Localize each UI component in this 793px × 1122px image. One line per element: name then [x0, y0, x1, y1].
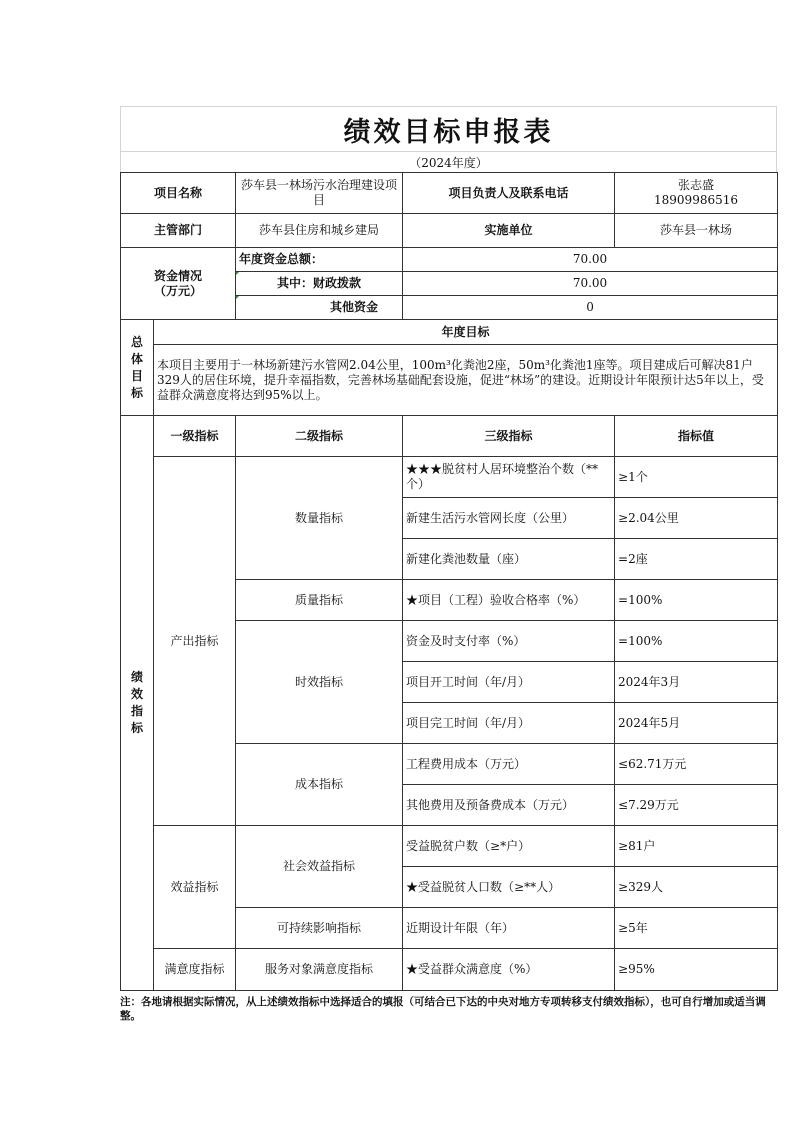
fund-fiscal-label: 其中：财政拨款	[236, 272, 403, 296]
indicator-name: ★受益脱贫人口数（≥**人）	[403, 867, 615, 908]
overall-goal-side-label: 总 体 目 标	[121, 320, 154, 416]
annual-goal-text: 本项目主要用于一林场新建污水管网2.04公里，100m³化粪池2座，50m³化粪…	[154, 345, 778, 416]
impl-label: 实施单位	[403, 214, 615, 248]
level2-sustainability: 可持续影响指标	[236, 908, 403, 949]
funds-label: 资金情况 （万元）	[121, 248, 236, 320]
fund-other-label: 其他资金	[236, 296, 403, 320]
indicator-name: ★项目（工程）验收合格率（%）	[403, 580, 615, 621]
indicator-value: ≤7.29万元	[615, 785, 778, 826]
indicator-name: ★★★脱贫村人居环境整治个数（**个）	[403, 457, 615, 498]
level1-satisfaction: 满意度指标	[154, 949, 236, 991]
indicator-value: 2024年3月	[615, 662, 778, 703]
funds-label-line2: （万元）	[124, 284, 232, 299]
indicator-name: 项目开工时间（年/月）	[403, 662, 615, 703]
indicator-name: 其他费用及预备费成本（万元）	[403, 785, 615, 826]
side-char: 总	[121, 334, 153, 351]
impl-value: 莎车县一林场	[615, 214, 778, 248]
level2-service-satisfaction: 服务对象满意度指标	[236, 949, 403, 991]
indicator-value: =100%	[615, 621, 778, 662]
indicator-value: ≥1个	[615, 457, 778, 498]
header-level1: 一级指标	[154, 416, 236, 457]
fund-total-label: 年度资金总额：	[236, 248, 403, 272]
level2-quality: 质量指标	[236, 580, 403, 621]
indicator-value: ≥5年	[615, 908, 778, 949]
form-title: 绩效目标申报表	[120, 106, 777, 151]
indicator-name: 新建生活污水管网长度（公里）	[403, 498, 615, 539]
indicator-name: 资金及时支付率（%）	[403, 621, 615, 662]
fund-fiscal-value: 70.00	[403, 272, 778, 296]
indicator-name: 项目完工时间（年/月）	[403, 703, 615, 744]
indicator-value: ≥81户	[615, 826, 778, 867]
side-char: 绩	[121, 669, 153, 686]
form-year: （2024年度）	[120, 151, 777, 172]
indicators-side-label: 绩 效 指 标	[121, 416, 154, 991]
contact-label: 项目负责人及联系电话	[403, 173, 615, 214]
header-level3: 三级指标	[403, 416, 615, 457]
indicator-name: 近期设计年限（年）	[403, 908, 615, 949]
annual-goal-header: 年度目标	[154, 320, 778, 345]
side-char: 体	[121, 351, 153, 368]
performance-goal-form: 绩效目标申报表 （2024年度） 项目名称 莎车县一林场污水治理建设项目 项目负…	[120, 106, 777, 991]
indicator-value: ≥329人	[615, 867, 778, 908]
dept-label: 主管部门	[121, 214, 236, 248]
level2-timeliness: 时效指标	[236, 621, 403, 744]
indicator-value: ≥95%	[615, 949, 778, 991]
contact-name: 张志盛	[618, 178, 774, 193]
side-char: 效	[121, 686, 153, 703]
side-char: 指	[121, 703, 153, 720]
indicator-name: ★受益群众满意度（%）	[403, 949, 615, 991]
indicator-name: 新建化粪池数量（座）	[403, 539, 615, 580]
level2-social-benefit: 社会效益指标	[236, 826, 403, 908]
form-table: 项目名称 莎车县一林场污水治理建设项目 项目负责人及联系电话 张志盛 18909…	[120, 172, 778, 991]
header-value: 指标值	[615, 416, 778, 457]
header-level2: 二级指标	[236, 416, 403, 457]
project-name-value: 莎车县一林场污水治理建设项目	[236, 173, 403, 214]
fund-other-value: 0	[403, 296, 778, 320]
level1-output: 产出指标	[154, 457, 236, 826]
side-char: 目	[121, 368, 153, 385]
indicator-value: ≥2.04公里	[615, 498, 778, 539]
indicator-value: =100%	[615, 580, 778, 621]
fund-total-value: 70.00	[403, 248, 778, 272]
indicator-value: =2座	[615, 539, 778, 580]
dept-value: 莎车县住房和城乡建局	[236, 214, 403, 248]
side-char: 标	[121, 720, 153, 737]
indicator-value: ≤62.71万元	[615, 744, 778, 785]
level2-cost: 成本指标	[236, 744, 403, 826]
indicator-value: 2024年5月	[615, 703, 778, 744]
contact-value: 张志盛 18909986516	[615, 173, 778, 214]
contact-phone: 18909986516	[618, 193, 774, 208]
level1-benefit: 效益指标	[154, 826, 236, 949]
indicator-name: 工程费用成本（万元）	[403, 744, 615, 785]
level2-quantity: 数量指标	[236, 457, 403, 580]
side-char: 标	[121, 385, 153, 402]
project-name-label: 项目名称	[121, 173, 236, 214]
indicator-name: 受益脱贫户数（≥*户）	[403, 826, 615, 867]
funds-label-line1: 资金情况	[124, 269, 232, 284]
footnote: 注：各地请根据实际情况，从上述绩效指标中选择适合的填报（可结合已下达的中央对地方…	[120, 995, 780, 1023]
